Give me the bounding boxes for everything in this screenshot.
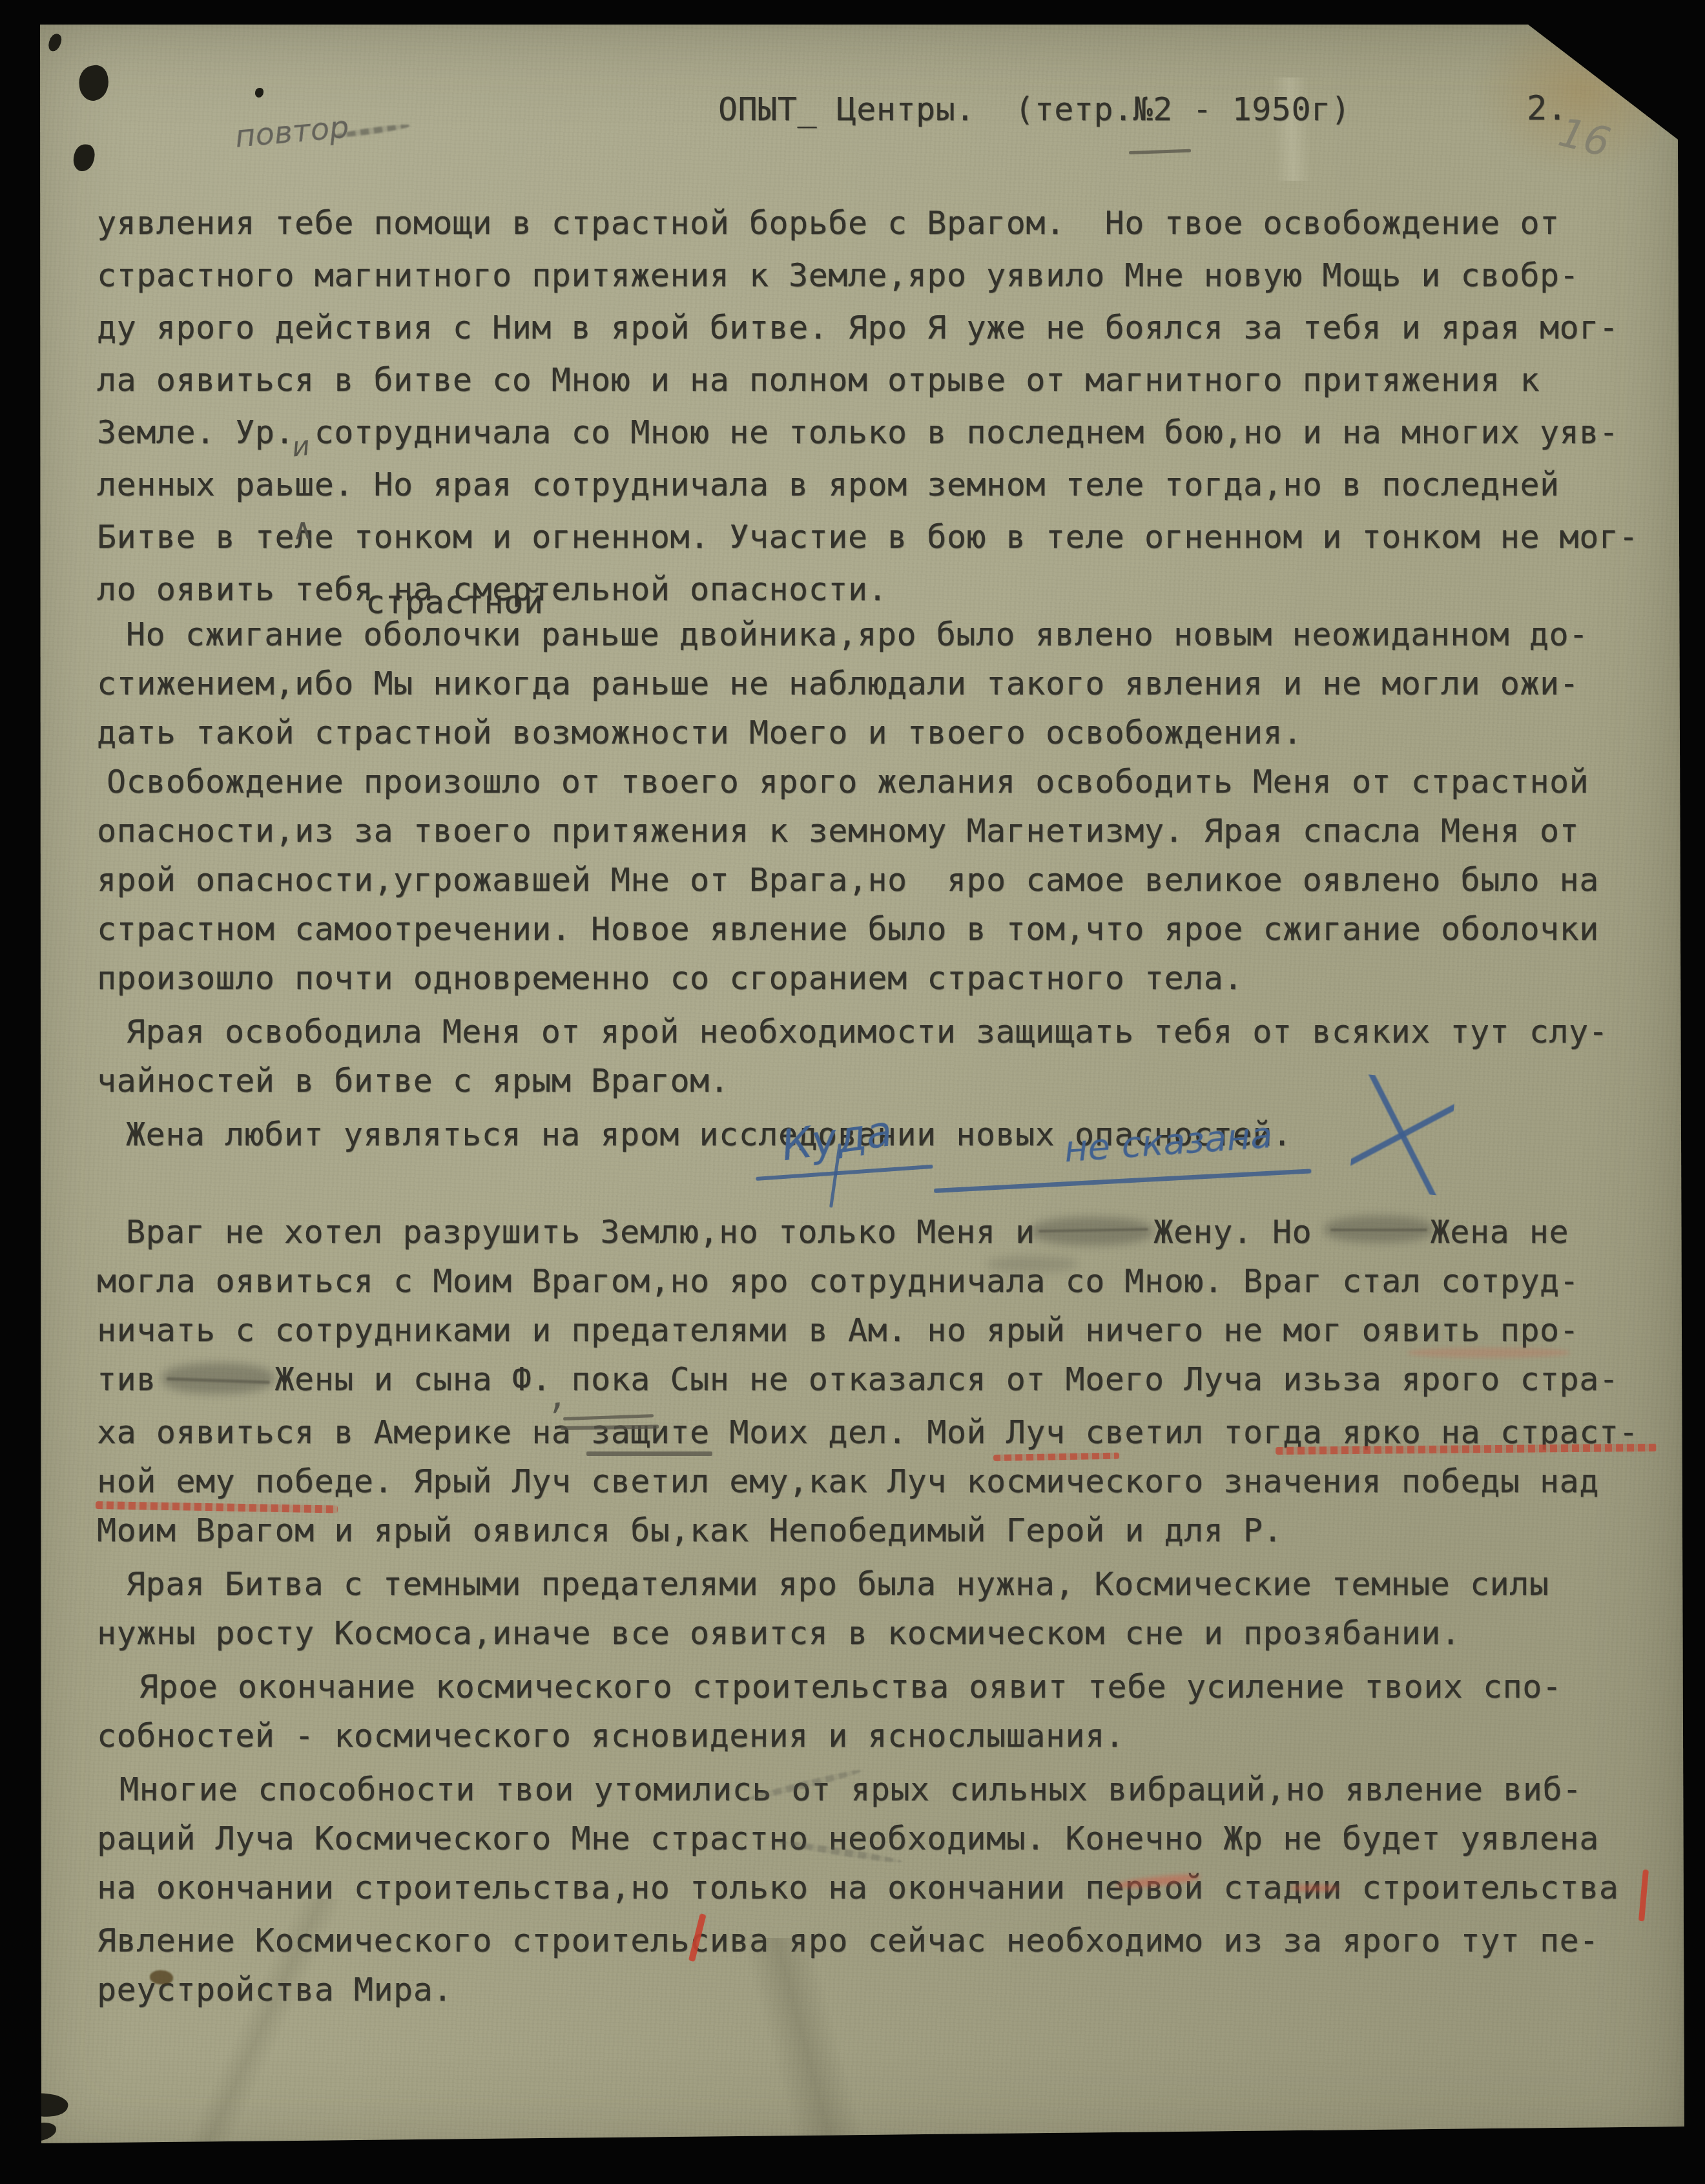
typed-line: Ярая освободила Меня от ярой необходимос… bbox=[126, 1014, 1608, 1050]
typed-line: Битве в теле тонком и огненном. Участие … bbox=[97, 519, 1638, 555]
typed-line: Ярое окончание космического строительств… bbox=[139, 1669, 1562, 1705]
erased-word-smudge bbox=[987, 1256, 1077, 1273]
paper-crease bbox=[542, 1938, 1072, 2170]
page-number: 2. bbox=[1527, 89, 1567, 128]
typed-line: ничать с сотрудниками и предателями в Ам… bbox=[97, 1313, 1579, 1348]
typed-line: ярой опасности,угрожавшей Мне от Врага,н… bbox=[97, 862, 1599, 898]
ink-stain bbox=[20, 2090, 69, 2120]
typed-line: Ярая Битва с темными предателями яро был… bbox=[126, 1566, 1549, 1602]
ink-stain bbox=[255, 88, 263, 98]
page-title: ОПЫТ_ Центры. (тетр.№2 - 1950г) bbox=[718, 90, 1350, 128]
typed-line: чайностей в битве с ярым Врагом. bbox=[97, 1063, 729, 1099]
pencil-insertion: ∧ bbox=[292, 514, 314, 544]
red-pencil-smear bbox=[1290, 1885, 1339, 1891]
typed-line: страстного магнитного притяжения к Земле… bbox=[97, 258, 1579, 293]
pencil-insertion: и bbox=[291, 432, 311, 461]
ink-stain bbox=[72, 143, 96, 172]
ink-stain bbox=[18, 2121, 57, 2143]
typed-line: ха оявиться в Америке на защите Моих дел… bbox=[97, 1415, 1638, 1450]
handwritten-pencil-word: повтор bbox=[234, 112, 350, 152]
red-pencil-smear bbox=[1408, 1347, 1569, 1358]
typed-line: опасности,из за твоего притяжения к земн… bbox=[97, 813, 1579, 849]
paper: ОПЫТ_ Центры. (тетр.№2 - 1950г) 2. 16 уя… bbox=[0, 0, 1705, 2184]
stain bbox=[150, 1970, 173, 1984]
pencil-strike bbox=[1330, 1229, 1427, 1231]
typed-line: Но сжигание оболочки раньше двойника,яро… bbox=[126, 617, 1589, 652]
ink-underline bbox=[934, 1169, 1312, 1193]
typed-line: дать такой страстной возможности Моего и… bbox=[97, 715, 1303, 751]
typed-line: Моим Врагом и ярый оявился бы,как Непобе… bbox=[97, 1513, 1283, 1548]
typed-line: произошло почти одновременно со сгорание… bbox=[97, 961, 1243, 996]
typed-line: на окончании строительства,но только на … bbox=[97, 1870, 1618, 1906]
typed-line: страстном самоотречении. Новое явление б… bbox=[97, 911, 1599, 947]
typed-line: ла оявиться в битве со Мною и на полном … bbox=[97, 362, 1540, 398]
typed-line: собностей - космического ясновидения и я… bbox=[97, 1718, 1124, 1754]
scan-background: ОПЫТ_ Центры. (тетр.№2 - 1950г) 2. 16 уя… bbox=[0, 0, 1705, 2184]
typed-line: стижением,ибо Мы никогда раньше не наблю… bbox=[97, 666, 1579, 702]
ink-stain bbox=[76, 63, 112, 103]
typed-line: Многие способности твои утомились от яры… bbox=[119, 1772, 1582, 1807]
red-pencil-underline bbox=[993, 1453, 1119, 1461]
typed-line: ной ему победе. Ярый Луч светил ему,как … bbox=[97, 1464, 1599, 1499]
typed-line: Явление Космического строительсива яро с… bbox=[97, 1923, 1599, 1959]
typed-line: могла оявиться с Моим Врагом,но яро сотр… bbox=[97, 1264, 1579, 1299]
typed-line: ду ярого действия с Ним в ярой битве. Яр… bbox=[97, 310, 1618, 346]
typed-line: уявления тебе помощи в страстной борьбе … bbox=[97, 205, 1560, 241]
typed-line: ленных раьше. Но ярая сотрудничала в яро… bbox=[97, 467, 1560, 503]
typed-line: нужны росту Космоса,иначе все оявится в … bbox=[97, 1616, 1461, 1651]
pencil-underline bbox=[586, 1451, 712, 1456]
red-pencil-mark bbox=[1638, 1869, 1649, 1921]
typed-line: Освобождение произошло от твоего ярого ж… bbox=[107, 764, 1589, 800]
ink-x-mark bbox=[1348, 1074, 1456, 1196]
typed-line: тив Жены и сына Ф. пока Сын не отказался… bbox=[97, 1362, 1618, 1397]
ink-underline bbox=[756, 1165, 933, 1181]
typed-line: Земле. Ур. сотрудничала со Мною не тольк… bbox=[97, 415, 1618, 450]
ink-stain bbox=[47, 32, 63, 53]
typed-insertion: страстной bbox=[366, 583, 543, 621]
pencil-underline bbox=[1129, 149, 1191, 154]
